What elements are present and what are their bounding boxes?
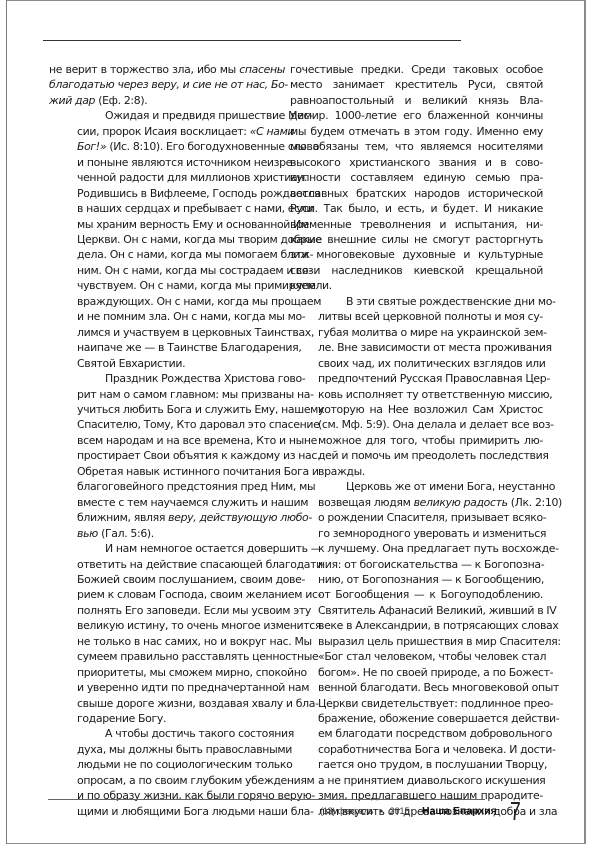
text-line: духа, мы должны быть православными	[49, 742, 285, 757]
text-line: враждующих. Он с нами, когда мы прощаем	[49, 294, 285, 309]
text-line: Святитель Афанасий Великий, живший в IV	[290, 603, 543, 618]
text-line: сии, пророк Исаия восклицает: «С нами	[49, 124, 285, 139]
text-line: ния: от богоискательства — к Богопозна-	[290, 557, 543, 572]
text-line: вью (Гал. 5:6).	[49, 526, 285, 541]
text-line: нию, от Богопознания — к Богообщению,	[290, 572, 543, 587]
paragraph: Ожидая и предвидя пришествие Мес-сии, пр…	[49, 108, 285, 371]
paragraph: гочестивые предки. Среди таковых особоем…	[290, 62, 543, 294]
text-line: эти многовековые духовные и культурные	[290, 247, 543, 262]
text-segment: мы обязаны тем, что являемся носителями	[290, 140, 543, 153]
text-line: годарение Богу.	[49, 711, 285, 726]
text-segment: Церковь же от имени Бога, неустанно	[346, 480, 555, 493]
italic-quote: благодатью через веру, и сие не от нас, …	[49, 78, 288, 91]
text-line: бражение, обожение совершается действи-	[290, 711, 543, 726]
text-segment: приоритеты, мы сможем мирно, спокойно	[77, 666, 307, 679]
text-segment: Церкви свидетельствует: подлинное прео-	[318, 697, 553, 710]
text-segment: купели.	[290, 279, 332, 292]
text-segment: в наших сердцах и пребывает с нами, если	[77, 202, 313, 215]
magazine-title: Наша Епархия	[422, 805, 497, 817]
text-segment: и не помним зла. Он с нами, когда мы мо-	[77, 310, 305, 323]
text-segment: выразил цель пришествия в мир Спасителя:	[318, 635, 561, 648]
italic-quote: вью	[77, 527, 98, 540]
text-line: литвы всей церковной полноты и моя су-	[290, 309, 543, 324]
text-line: своих чад, их политических взглядов или	[290, 356, 543, 371]
text-segment: И нам немногое остается довершить —	[105, 542, 321, 555]
text-segment: (Лк. 2:10)	[508, 496, 562, 509]
text-line: ответить на действие спасающей благодати	[49, 557, 285, 572]
text-segment: лимся и участвуем в церковных Таинствах,	[77, 326, 314, 339]
page-number: 7	[510, 796, 521, 827]
text-line: высокого христианского звания и в сово-	[290, 155, 543, 170]
text-segment: духа, мы должны быть православными	[77, 743, 292, 756]
text-line: предпочтений Русская Православная Цер-	[290, 371, 543, 386]
text-line: полнять Его заповеди. Если мы усвоим эту	[49, 603, 285, 618]
text-line: приоритеты, мы сможем мирно, спокойно	[49, 665, 285, 680]
text-segment: гается оно трудом, в послушании Творцу,	[318, 758, 547, 771]
text-segment: и уверенно идти по предначертанной нам	[77, 681, 309, 694]
text-line: веке в Александрии, в потрясающих словах	[290, 618, 543, 633]
text-line: к лучшему. Она предлагает путь восхожде-	[290, 541, 543, 556]
text-line: (см. Мф. 5:9). Она делала и делает все в…	[290, 417, 543, 432]
paragraph: Церковь же от имени Бога, неустанновозве…	[290, 479, 543, 819]
text-line: опросам, а по своим глубоким убеждениям	[49, 773, 285, 788]
italic-quote: «С нами	[250, 125, 294, 138]
text-line: мы храним верность Ему и основанной Им	[49, 217, 285, 232]
text-line: не верит в торжество зла, ибо мы спасены	[49, 62, 285, 77]
text-segment: дей и помочь им преодолеть последствия	[318, 449, 549, 462]
text-segment: «Бог стал человеком, чтобы человек стал	[318, 650, 546, 663]
text-line: рием к словам Господа, своим желанием ис…	[49, 587, 285, 602]
text-line: связи наследников киевской крещальной	[290, 263, 543, 278]
text-line: равноапостольный и великий князь Вла-	[290, 93, 543, 108]
text-segment: Родившись в Вифлееме, Господь рождается	[77, 187, 320, 200]
text-line: мы обязаны тем, что являемся носителями	[290, 139, 543, 154]
text-segment: А чтобы достичь такого состояния	[105, 727, 294, 740]
text-line: жий дар (Еф. 2:8).	[49, 93, 285, 108]
text-segment: Божией своим послушанием, своим дове-	[77, 573, 305, 586]
text-segment: сумеем правильно расставлять ценностные	[77, 650, 318, 663]
text-segment: возвещая людям	[318, 496, 414, 509]
text-segment: щими и любящими Бога людьми наши бла-	[77, 805, 314, 818]
page-footer: (13) февраль • 2015 Наша Епархия	[320, 805, 497, 817]
text-line: всем народам и на все времена, Кто и нын…	[49, 433, 285, 448]
text-line: и уверенно идти по предначертанной нам	[49, 680, 285, 695]
text-segment: не верит в торжество зла, ибо мы	[49, 63, 239, 76]
text-line: сумеем правильно расставлять ценностные	[49, 649, 285, 664]
text-segment: рит нам о самом главном: мы призваны на-	[77, 388, 314, 401]
text-line: вместе с тем научаемся служить и нашим	[49, 495, 285, 510]
text-line: Церкви. Он с нами, когда мы творим добры…	[49, 232, 285, 247]
paragraph: Праздник Рождества Христова гово-рит нам…	[49, 371, 285, 541]
text-line: ле. Вне зависимости от места проживания	[290, 340, 543, 355]
text-line: вражды.	[290, 464, 543, 479]
footer-rule	[48, 799, 485, 800]
text-line: возвещая людям великую радость (Лк. 2:10…	[290, 495, 543, 510]
text-line: дей и помочь им преодолеть последствия	[290, 448, 543, 463]
text-segment: ответить на действие спасающей благодати	[77, 558, 323, 571]
text-segment: полнять Его заповеди. Если мы усвоим эту	[77, 604, 311, 617]
text-line: Бог!» (Ис. 8:10). Его богодухновенные сл…	[49, 139, 285, 154]
text-line: какие внешние силы не смогут расторгнуть	[290, 232, 543, 247]
text-segment: какие внешние силы не смогут расторгнуть	[290, 233, 543, 246]
text-segment: Святой Евхаристии.	[77, 357, 185, 370]
text-line: простирает Свои объятия к каждому из нас…	[49, 448, 285, 463]
text-line: Святой Евхаристии.	[49, 356, 285, 371]
text-segment: Ожидая и предвидя пришествие Мес-	[105, 109, 313, 122]
text-segment: ковь исполняет ту ответственную миссию,	[318, 388, 552, 401]
text-segment: учиться любить Бога и служить Ему, нашем…	[77, 403, 324, 416]
text-line: можное для того, чтобы примирить лю-	[290, 433, 543, 448]
text-segment: своих чад, их политических взглядов или	[318, 357, 546, 370]
text-segment: наипаче же — в Таинстве Благодарения,	[77, 341, 301, 354]
text-line: и поныне являются источником неизре-	[49, 155, 285, 170]
text-line: венной благодати. Весь многовековой опыт	[290, 680, 543, 695]
text-segment: Спасителю, Тому, Кто даровал это спасени…	[77, 418, 319, 431]
text-segment: Святитель Афанасий Великий, живший в IV	[318, 604, 556, 617]
text-line: Родившись в Вифлееме, Господь рождается	[49, 186, 285, 201]
text-line: учиться любить Бога и служить Ему, нашем…	[49, 402, 285, 417]
text-line: вославных братских народов исторической	[290, 186, 543, 201]
text-segment: ним. Он с нами, когда мы сострадаем и со…	[77, 264, 312, 277]
text-segment: а не принятием диавольского искушения	[318, 774, 545, 787]
text-segment: эти многовековые духовные и культурные	[290, 248, 543, 261]
text-line: ем благодати посредством добровольного	[290, 726, 543, 741]
text-segment: ближним, являя	[77, 511, 168, 524]
text-segment: купности составляем единую семью пра-	[290, 171, 543, 184]
text-segment: Обретая навык истинного почитания Бога и	[77, 465, 319, 478]
text-line: змия, предлагавшего нашим прародите-	[290, 788, 543, 803]
text-line: ченной радости для миллионов христиан.	[49, 170, 285, 185]
text-line: ковь исполняет ту ответственную миссию,	[290, 387, 543, 402]
text-line: гается оно трудом, в послушании Творцу,	[290, 757, 543, 772]
text-segment: (Ис. 8:10). Его богодухновенные слова	[106, 140, 319, 153]
text-segment: вославных братских народов исторической	[290, 187, 543, 200]
text-segment: гочестивые предки. Среди таковых особое	[290, 63, 543, 76]
text-segment: связи наследников киевской крещальной	[290, 264, 543, 277]
header-rule	[43, 40, 461, 41]
text-line: наипаче же — в Таинстве Благодарения,	[49, 340, 285, 355]
text-line: временные треволнения и испытания, ни-	[290, 217, 543, 232]
text-segment: место занимает креститель Руси, святой	[290, 78, 543, 91]
text-segment: Руси. Так было, и есть, и будет. И никак…	[290, 202, 543, 215]
text-segment: (см. Мф. 5:9). Она делала и делает все в…	[318, 418, 554, 431]
text-line: и не помним зла. Он с нами, когда мы мо-	[49, 309, 285, 324]
text-segment: В эти святые рождественские дни мо-	[346, 295, 556, 308]
text-segment: высокого христианского звания и в сово-	[290, 156, 543, 169]
text-segment: годарение Богу.	[77, 712, 166, 725]
text-segment: благоговейного предстояния пред Ним, мы	[77, 480, 315, 493]
text-line: щими и любящими Бога людьми наши бла-	[49, 804, 285, 819]
text-segment: не только в нас самих, но и вокруг нас. …	[77, 635, 312, 648]
text-segment: димир. 1000-летие его блаженной кончины	[290, 109, 543, 122]
text-line: людьми не по социологическим только	[49, 757, 285, 772]
text-segment: предпочтений Русская Православная Цер-	[318, 372, 550, 385]
text-segment: Церкви. Он с нами, когда мы творим добры…	[77, 233, 321, 246]
text-line: о рождении Спасителя, призывает всяко-	[290, 510, 543, 525]
text-line: ближним, являя веру, действующую любо-	[49, 510, 285, 525]
text-line: губая молитва о мире на украинской зем-	[290, 325, 543, 340]
text-segment: вместе с тем научаемся служить и нашим	[77, 496, 308, 509]
text-line: мы будем отмечать в этом году. Именно ем…	[290, 124, 543, 139]
text-segment: свыше дороге жизни, воздавая хвалу и бла…	[77, 697, 319, 710]
text-segment: можное для того, чтобы примирить лю-	[318, 434, 543, 447]
text-line: «Бог стал человеком, чтобы человек стал	[290, 649, 543, 664]
text-segment: рием к словам Господа, своим желанием ис…	[77, 588, 321, 601]
text-segment: ем благодати посредством добровольного	[318, 727, 552, 740]
text-line: выразил цель пришествия в мир Спасителя:	[290, 634, 543, 649]
text-segment: всем народам и на все времена, Кто и нын…	[77, 434, 317, 447]
italic-quote: великую радость	[414, 496, 508, 509]
text-line: И нам немногое остается довершить —	[49, 541, 285, 556]
text-line: а не принятием диавольского искушения	[290, 773, 543, 788]
text-segment: и по образу жизни, как были горячо верую…	[77, 789, 315, 802]
text-segment: ченной радости для миллионов христиан.	[77, 171, 307, 184]
text-line: свыше дороге жизни, воздавая хвалу и бла…	[49, 696, 285, 711]
text-segment: опросам, а по своим глубоким убеждениям	[77, 774, 314, 787]
issue-year: 2015	[389, 806, 409, 816]
text-line: место занимает креститель Руси, святой	[290, 77, 543, 92]
text-segment: Праздник Рождества Христова гово-	[105, 372, 305, 385]
text-segment: вражды.	[318, 465, 365, 478]
italic-quote: спасены	[239, 63, 285, 76]
text-segment: венной благодати. Весь многовековой опыт	[318, 681, 559, 694]
text-segment: мы храним верность Ему и основанной Им	[77, 218, 309, 231]
issue-label: (13) февраль	[320, 806, 373, 816]
text-segment: (Гал. 5:6).	[98, 527, 154, 540]
bullet-separator: •	[380, 806, 383, 816]
text-line: Руси. Так было, и есть, и будет. И никак…	[290, 201, 543, 216]
paragraph: не верит в торжество зла, ибо мы спасены…	[49, 62, 285, 108]
text-segment: губая молитва о мире на украинской зем-	[318, 326, 547, 339]
text-segment: равноапостольный и великий князь Вла-	[290, 94, 543, 107]
text-segment: литвы всей церковной полноты и моя су-	[318, 310, 543, 323]
paragraph: В эти святые рождественские дни мо-литвы…	[290, 294, 543, 479]
text-segment: ле. Вне зависимости от места проживания	[318, 341, 552, 354]
text-segment: сии, пророк Исаия восклицает:	[77, 125, 250, 138]
text-segment: (Еф. 2:8).	[95, 94, 147, 107]
text-line: Церковь же от имени Бога, неустанно	[290, 479, 543, 494]
text-line: чувствуем. Он с нами, когда мы примиряем	[49, 278, 285, 293]
paragraph: А чтобы достичь такого состояниядуха, мы…	[49, 726, 285, 819]
left-column: не верит в торжество зла, ибо мы спасены…	[49, 62, 285, 819]
text-line: Божией своим послушанием, своим дове-	[49, 572, 285, 587]
text-segment: к лучшему. Она предлагает путь восхожде-	[318, 542, 559, 555]
text-line: лимся и участвуем в церковных Таинствах,	[49, 325, 285, 340]
text-segment: мы будем отмечать в этом году. Именно ем…	[290, 125, 543, 138]
text-line: богом». Не по своей природе, а по Божест…	[290, 665, 543, 680]
text-line: великую истину, то очень многое изменитс…	[49, 618, 285, 633]
text-line: благоговейного предстояния пред Ним, мы	[49, 479, 285, 494]
text-segment: дела. Он с нами, когда мы помогаем ближ-	[77, 248, 313, 261]
text-segment: нию, от Богопознания — к Богообщению,	[318, 573, 544, 586]
text-line: Церкви свидетельствует: подлинное прео-	[290, 696, 543, 711]
text-line: рит нам о самом главном: мы призваны на-	[49, 387, 285, 402]
text-segment: го земнородного уверовать и измениться	[318, 527, 546, 540]
text-segment: и поныне являются источником неизре-	[77, 156, 296, 169]
text-segment: богом». Не по своей природе, а по Божест…	[318, 666, 553, 679]
text-segment: бражение, обожение совершается действи-	[318, 712, 559, 725]
text-segment: о рождении Спасителя, призывает всяко-	[318, 511, 546, 524]
text-line: димир. 1000-летие его блаженной кончины	[290, 108, 543, 123]
italic-quote: жий дар	[49, 94, 95, 107]
text-segment: великую истину, то очень многое изменитс…	[77, 619, 321, 632]
text-line: гочестивые предки. Среди таковых особое	[290, 62, 543, 77]
text-line: А чтобы достичь такого состояния	[49, 726, 285, 741]
text-line: Спасителю, Тому, Кто даровал это спасени…	[49, 417, 285, 432]
text-line: не только в нас самих, но и вокруг нас. …	[49, 634, 285, 649]
text-line: Праздник Рождества Христова гово-	[49, 371, 285, 386]
paragraph: И нам немногое остается довершить —ответ…	[49, 541, 285, 726]
italic-quote: Бог!»	[77, 140, 106, 153]
text-line: В эти святые рождественские дни мо-	[290, 294, 543, 309]
text-line: которую на Нее возложил Сам Христос	[290, 402, 543, 417]
text-segment: веке в Александрии, в потрясающих словах	[318, 619, 558, 632]
text-line: от Богообщения — к Богоуподоблению.	[290, 587, 543, 602]
text-segment: чувствуем. Он с нами, когда мы примиряем	[77, 279, 316, 292]
text-line: и по образу жизни, как были горячо верую…	[49, 788, 285, 803]
text-segment: враждующих. Он с нами, когда мы прощаем	[77, 295, 321, 308]
text-line: Обретая навык истинного почитания Бога и	[49, 464, 285, 479]
text-line: ним. Он с нами, когда мы сострадаем и со…	[49, 263, 285, 278]
text-line: благодатью через веру, и сие не от нас, …	[49, 77, 285, 92]
text-line: соработничества Бога и человека. И дости…	[290, 742, 543, 757]
text-line: в наших сердцах и пребывает с нами, если	[49, 201, 285, 216]
text-segment: ния: от богоискательства — к Богопозна-	[318, 558, 544, 571]
text-segment: временные треволнения и испытания, ни-	[290, 218, 543, 231]
right-column: гочестивые предки. Среди таковых особоем…	[290, 62, 543, 819]
text-segment: соработничества Бога и человека. И дости…	[318, 743, 556, 756]
text-line: дела. Он с нами, когда мы помогаем ближ-	[49, 247, 285, 262]
text-segment: от Богообщения — к Богоуподоблению.	[318, 588, 543, 601]
text-line: купности составляем единую семью пра-	[290, 170, 543, 185]
text-line: Ожидая и предвидя пришествие Мес-	[49, 108, 285, 123]
text-segment: простирает Свои объятия к каждому из нас…	[77, 449, 320, 462]
text-segment: которую на Нее возложил Сам Христос	[318, 403, 543, 416]
text-segment: людьми не по социологическим только	[77, 758, 292, 771]
text-line: го земнородного уверовать и измениться	[290, 526, 543, 541]
text-line: купели.	[290, 278, 543, 293]
